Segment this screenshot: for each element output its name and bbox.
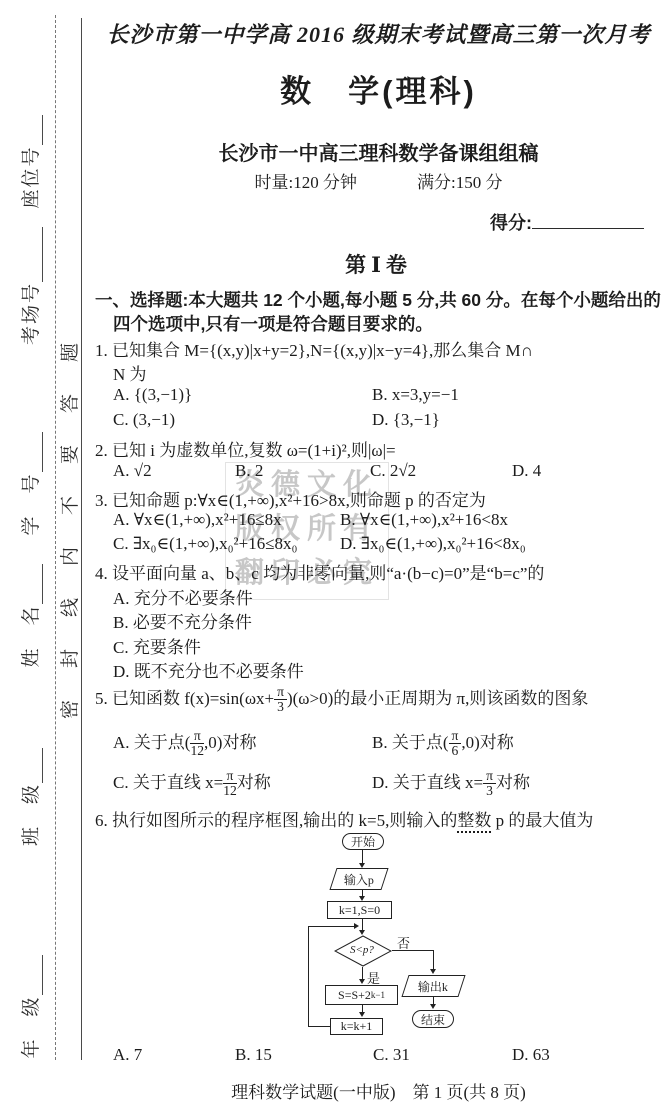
question-5-option-b: B. 关于点(π6,0)对称 — [372, 728, 514, 759]
question-5-stem-post: )(ω>0)的最小正周期为 π,则该函数的图象 — [287, 689, 588, 708]
question-4-option-a: A. 充分不必要条件 — [113, 584, 253, 609]
exam-title: 长沙市第一中学高 2016 级期末考试暨高三第一次月考 — [95, 18, 662, 49]
question-4-option-b: B. 必要不充分条件 — [113, 608, 252, 633]
question-6-option-b: B. 15 — [235, 1045, 272, 1065]
question-2-stem: 2. 已知 i 为虚数单位,复数 ω=(1+i)²,则|ω|= — [95, 436, 396, 461]
field-class: 班 级 — [19, 744, 43, 850]
field-room-number-blank — [23, 227, 43, 282]
question-3-stem: 3. 已知命题 p:∀x∈(1,+∞),x²+16>8x,则命题 p 的否定为 — [95, 486, 486, 511]
seal-line-text: 密封线内不要答题 — [59, 305, 83, 725]
field-room-number-label: 考场号 — [16, 282, 43, 345]
section-title: 第Ⅰ卷 — [95, 249, 662, 279]
question-1-option-a: A. {(3,−1)} — [113, 385, 192, 405]
question-5-option-d: D. 关于直线 x=π3对称 — [372, 768, 530, 799]
field-grade: 年 级 — [19, 948, 43, 1066]
exam-meta-row: 时量:120 分钟满分:150 分 — [95, 168, 662, 193]
question-6-option-a: A. 7 — [113, 1045, 142, 1065]
field-class-blank — [23, 748, 43, 783]
question-1-option-d: D. {3,−1} — [372, 410, 440, 430]
subject-title: 数 学(理科) — [95, 66, 662, 111]
field-name-label: 姓 名 — [16, 605, 43, 668]
question-6-option-c: C. 31 — [373, 1045, 410, 1065]
question-4-stem: 4. 设平面向量 a、b、c 均为非零向量,则“a·(b−c)=0”是“b=c”… — [95, 559, 544, 584]
question-4-option-d: D. 既不充分也不必要条件 — [113, 657, 304, 682]
score-blank — [532, 210, 644, 229]
flowchart-output-node: 输出k — [401, 975, 465, 997]
flowchart-condition-text: S<p? — [350, 944, 374, 956]
field-grade-label: 年 级 — [16, 996, 43, 1059]
question-4-option-c: C. 充要条件 — [113, 633, 201, 658]
question-5-stem: 5. 已知函数 f(x)=sin(ωx+π3)(ω>0)的最小正周期为 π,则该… — [95, 684, 588, 715]
field-seat-number-label: 座位号 — [16, 146, 43, 209]
question-3-option-b: B. ∀x∈(1,+∞),x²+16<8x — [340, 510, 508, 530]
field-name: 姓 名 — [19, 554, 43, 678]
question-1-option-c: C. (3,−1) — [113, 410, 175, 430]
instructions-line-1: 一、选择题:本大题共 12 个小题,每小题 5 分,共 60 分。在每个小题给出… — [95, 287, 661, 312]
question-1-option-b: B. x=3,y=−1 — [372, 385, 459, 405]
flowchart-increment-node: k=k+1 — [330, 1018, 383, 1035]
flowchart-input-node: 输入p — [329, 868, 388, 890]
question-1-stem-line-1: 1. 已知集合 M={(x,y)|x+y=2},N={(x,y)|x−y=4},… — [95, 336, 533, 361]
field-student-number-blank — [23, 433, 43, 473]
question-3-option-d: D. ∃x₀∈(1,+∞),x₀²+16<8x₀ — [340, 534, 526, 554]
field-seat-number: 座位号 — [19, 112, 43, 212]
field-name-blank — [23, 565, 43, 605]
flowchart-start-node: 开始 — [342, 833, 384, 850]
fraction: π3 — [274, 685, 287, 716]
field-seat-number-blank — [23, 116, 43, 146]
question-6-stem: 6. 执行如图所示的程序框图,输出的 k=5,则输入的整数 p 的最大值为 — [95, 806, 593, 831]
flowchart-accumulate-node: S=S+2k−1 — [325, 985, 398, 1005]
exam-paper-page: 炎德文化 版权所有 翻印必究 座位号 考场号 学 号 姓 名 班 级 年 级 密… — [0, 0, 668, 1111]
question-2-option-a: A. √2 — [113, 461, 152, 481]
flowchart-end-node: 结束 — [412, 1010, 454, 1028]
question-5-option-c: C. 关于直线 x=π12对称 — [113, 768, 271, 799]
emphasized-word: 整数 — [457, 811, 491, 833]
seal-dashed-line — [55, 15, 56, 1060]
duration-text: 时量:120 分钟 — [255, 173, 357, 192]
fraction: π3 — [483, 769, 496, 800]
question-5-option-a: A. 关于点(π12,0)对称 — [113, 728, 256, 759]
field-class-label: 班 级 — [16, 783, 43, 846]
field-student-number: 学 号 — [19, 428, 43, 540]
fraction: π12 — [223, 769, 237, 800]
question-1-stem-line-2: N 为 — [113, 360, 147, 385]
question-2-option-d: D. 4 — [512, 461, 541, 481]
question-5-stem-pre: 5. 已知函数 f(x)=sin(ωx+ — [95, 689, 274, 708]
field-room-number: 考场号 — [19, 216, 43, 356]
score-label: 得分: — [490, 213, 532, 233]
question-6-option-d: D. 63 — [512, 1045, 550, 1065]
page-footer: 理科数学试题(一中版) 第 1 页(共 8 页) — [95, 1078, 662, 1103]
flowchart-init-node: k=1,S=0 — [327, 901, 392, 919]
score-row: 得分: — [490, 209, 644, 235]
question-2-option-b: B. 2 — [235, 461, 263, 481]
field-grade-blank — [23, 956, 43, 996]
full-score-text: 满分:150 分 — [417, 173, 502, 192]
fraction: π12 — [190, 729, 204, 760]
question-3-option-c: C. ∃x₀∈(1,+∞),x₀²+16≤8x₀ — [113, 534, 297, 554]
instructions-line-2: 四个选项中,只有一项是符合题目要求的。 — [113, 311, 433, 336]
question-3-option-a: A. ∀x∈(1,+∞),x²+16≤8x — [113, 510, 282, 530]
prepared-by-line: 长沙市一中高三理科数学备课组组稿 — [95, 137, 662, 166]
program-flowchart: 开始 输入p k=1,S=0 S<p? 否 是 S=S+2k−1 k=k+1 输… — [290, 833, 485, 1045]
fraction: π6 — [449, 729, 462, 760]
question-2-option-c: C. 2√2 — [370, 461, 416, 481]
field-student-number-label: 学 号 — [16, 473, 43, 536]
